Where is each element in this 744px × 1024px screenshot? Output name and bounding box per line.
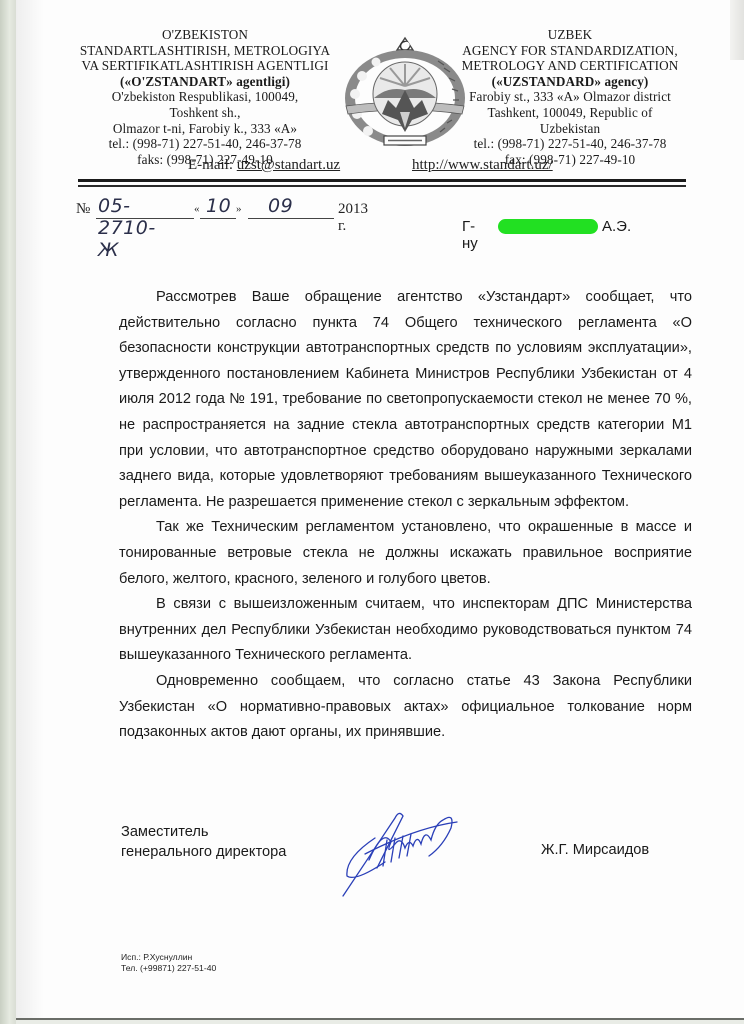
signatory-title-line: Заместитель [121,822,286,842]
reference-number: 05-2710-Ж [98,195,156,261]
address-line: Toshkent sh., [60,105,350,121]
reference-month: 09 [268,195,293,217]
reference-day: 10 [206,195,231,217]
month-underline [248,218,334,219]
email-block: E-mail: uzst@standart.uz [188,157,340,174]
letterhead-left-line: O'ZBEKISTON [60,27,350,43]
address-line: Farobiy st., 333 «A» Olmazor district [420,89,720,105]
executor-info: Исп.: Р.Хуснуллин Тел. (+99871) 227-51-4… [121,952,216,974]
header-divider-thin [78,185,686,187]
executor-name: Исп.: Р.Хуснуллин [121,952,216,963]
executor-phone: Тел. (+99871) 227-51-40 [121,963,216,974]
page-fold-shadow [16,0,44,1018]
addressee-initials: А.Э. [602,218,631,235]
website-suffix: / [549,157,553,173]
body-paragraph: Рассмотрев Ваше обращение агентство «Узс… [119,285,692,515]
header-divider-thick [78,179,686,182]
agency-name-en: («UZSTANDARD» agency) [420,74,720,90]
body-paragraph: Одновременно сообщаем, что согласно стат… [119,669,692,746]
signatory-title-line: генерального директора [121,842,286,862]
address-line: Uzbekistan [420,121,720,137]
phone-line: tel.: (998-71) 227-51-40, 246-37-78 [420,136,720,152]
addressee-prefix: Г-ну [462,218,478,252]
reference-year: 2013 г. [338,201,368,235]
letterhead-left-line: VA SERTIFIKATLASHTIRISH AGENTLIGI [60,58,350,74]
email-label: E-mail: [188,157,233,173]
letterhead-left: O'ZBEKISTON STANDARTLASHTIRISH, METROLOG… [60,27,350,167]
letterhead-right: UZBEK AGENCY FOR STANDARDIZATION, METROL… [420,27,720,167]
agency-name-uz: («O'ZSTANDART» agentligi) [60,74,350,90]
website-link[interactable]: http://www.standart.uz [412,157,549,173]
letterhead-right-line: AGENCY FOR STANDARDIZATION, [420,43,720,59]
number-underline [96,218,194,219]
contact-line: E-mail: uzst@standart.uz http://www.stan… [60,157,720,177]
open-quote: « [194,203,200,215]
phone-line: tel.: (998-71) 227-51-40, 246-37-78 [60,136,350,152]
email-link[interactable]: uzst@standart.uz [237,157,340,173]
scan-left-edge [0,0,16,1024]
close-quote: » [236,203,242,215]
address-line: Olmazor t-ni, Farobiy k., 333 «A» [60,121,350,137]
address-line: O'zbekiston Respublikasi, 100049, [60,89,350,105]
website-block: http://www.standart.uz/ [412,157,553,174]
letter-body: Рассмотрев Ваше обращение агентство «Узс… [119,285,692,746]
body-paragraph: Так же Техническим регламентом установле… [119,515,692,592]
address-line: Tashkent, 100049, Republic of [420,105,720,121]
letterhead-right-line: UZBEK [420,27,720,43]
letterhead-left-line: STANDARTLASHTIRISH, METROLOGIYA [60,43,350,59]
signatory-title: Заместитель генерального директора [121,822,286,862]
signatory-name: Ж.Г. Мирсаидов [541,842,649,858]
letterhead-right-line: METROLOGY AND CERTIFICATION [420,58,720,74]
day-underline [200,218,236,219]
handwritten-signature-icon [325,798,475,898]
number-sign: № [76,201,90,218]
scan-right-corner [730,0,744,60]
redacted-name [498,219,598,234]
body-paragraph: В связи с вышеизложенным считаем, что ин… [119,592,692,669]
